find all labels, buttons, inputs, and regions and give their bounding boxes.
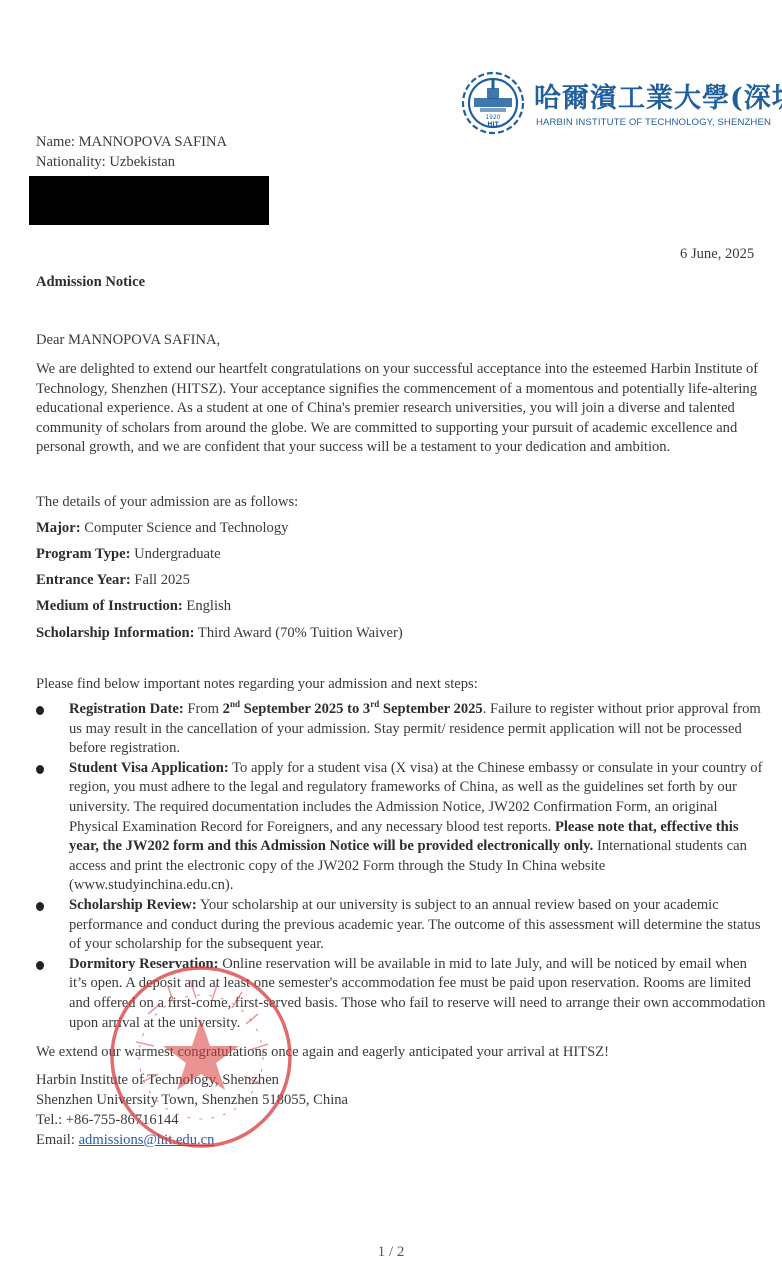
note-visa: Student Visa Application: To apply for a… <box>36 759 766 896</box>
svg-text:1920: 1920 <box>485 114 500 121</box>
note-scholarship-review: Scholarship Review: Your scholarship at … <box>36 896 766 955</box>
salutation: Dear MANNOPOVA SAFINA, <box>36 331 220 351</box>
redaction-bar <box>29 176 269 225</box>
signature-tel: Tel.: +86-755-86716144 <box>36 1111 179 1131</box>
university-logo: 1920 HIT 哈爾濱工業大學(深圳) HARBIN INSTITUTE OF… <box>458 70 778 136</box>
email-link[interactable]: admissions@hit.edu.cn <box>79 1132 215 1148</box>
svg-text:HIT: HIT <box>487 121 499 128</box>
detail-entrance-year: Entrance Year: Fall 2025 <box>36 571 190 591</box>
bullet-icon <box>36 961 44 970</box>
closing-line: We extend our warmest congratulations on… <box>36 1043 609 1063</box>
bullet-icon <box>36 706 44 715</box>
details-heading: The details of your admission are as fol… <box>36 493 298 513</box>
note-registration: Registration Date: From 2nd September 20… <box>36 700 766 759</box>
note-dormitory: Dormitory Reservation: Online reservatio… <box>36 955 766 1033</box>
intro-paragraph: We are delighted to extend our heartfelt… <box>36 360 766 458</box>
detail-scholarship: Scholarship Information: Third Award (70… <box>36 624 403 644</box>
recipient-name: Name: MANNOPOVA SAFINA <box>36 133 227 153</box>
detail-program-type: Program Type: Undergraduate <box>36 545 221 565</box>
recipient-nationality: Nationality: Uzbekistan <box>36 153 175 173</box>
hit-emblem-icon: 1920 HIT <box>458 70 528 136</box>
bullet-icon <box>36 902 44 911</box>
logo-english-name: HARBIN INSTITUTE OF TECHNOLOGY, SHENZHEN <box>536 117 771 128</box>
page-number: 1 / 2 <box>0 1244 782 1261</box>
signature-institution: Harbin Institute of Technology, Shenzhen <box>36 1071 279 1091</box>
letter-date: 6 June, 2025 <box>680 245 754 265</box>
signature-address: Shenzhen University Town, Shenzhen 51805… <box>36 1091 348 1111</box>
signature-email: Email: admissions@hit.edu.cn <box>36 1131 214 1151</box>
document-title: Admission Notice <box>36 273 145 293</box>
bullet-icon <box>36 765 44 774</box>
logo-chinese-name: 哈爾濱工業大學(深圳) <box>534 76 782 115</box>
detail-major: Major: Computer Science and Technology <box>36 519 288 539</box>
notes-list: Registration Date: From 2nd September 20… <box>36 700 766 1033</box>
notes-heading: Please find below important notes regard… <box>36 675 478 695</box>
detail-medium-of-instruction: Medium of Instruction: English <box>36 597 231 617</box>
